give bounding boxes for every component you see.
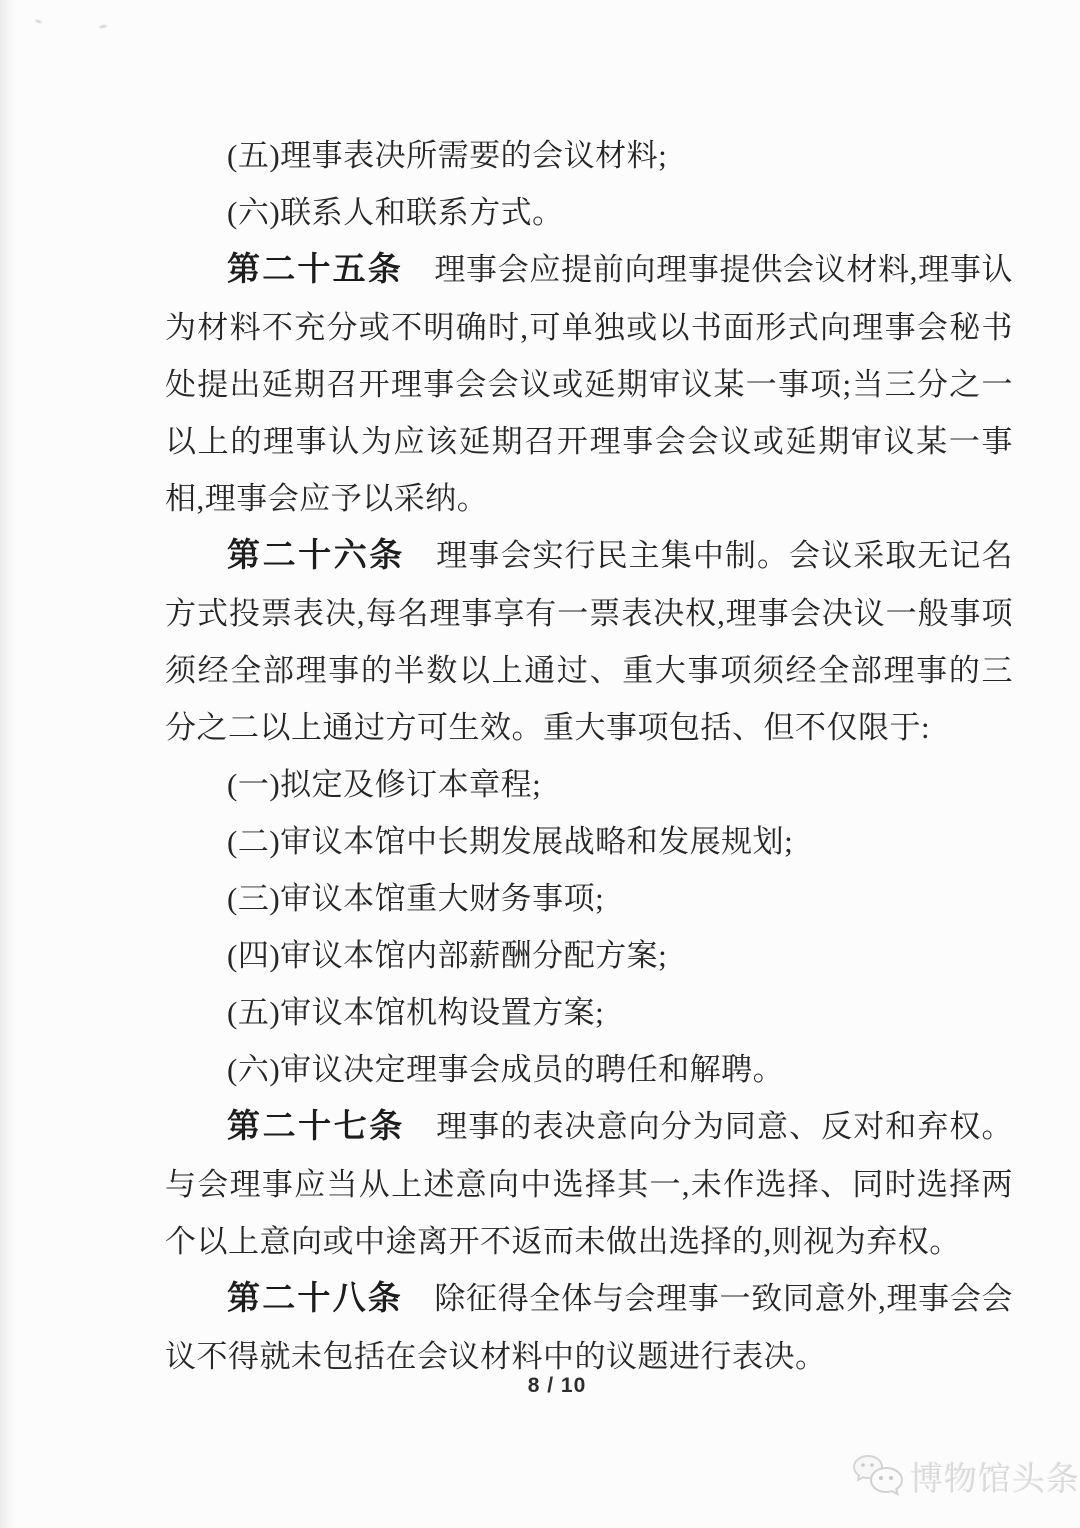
list-item: (五)审议本馆机构设置方案;	[165, 984, 1013, 1041]
wechat-logo-icon	[852, 1452, 904, 1500]
article-paragraph: 第二十五条理事会应提前向理事提供会议材料,理事认为材料不充分或不明确时,可单独或…	[165, 241, 1013, 527]
list-item: (二)审议本馆中长期发展战略和发展规划;	[165, 813, 1013, 870]
article-number: 第二十六条	[227, 538, 405, 574]
scan-edge-shadow	[0, 0, 16, 1528]
list-item: (六)审议决定理事会成员的聘任和解聘。	[165, 1041, 1013, 1098]
list-item: (一)拟定及修订本章程;	[165, 756, 1013, 813]
scan-speck	[35, 19, 43, 24]
watermark-text: 博物馆头条	[910, 1453, 1080, 1500]
watermark: 博物馆头条	[852, 1452, 1080, 1500]
list-item: (四)审议本馆内部薪酬分配方案;	[165, 927, 1013, 984]
list-item: (三)审议本馆重大财务事项;	[165, 870, 1013, 927]
article-paragraph: 第二十七条理事的表决意向分为同意、反对和弃权。与会理事应当从上述意向中选择其一,…	[165, 1098, 1013, 1270]
article-paragraph: 第二十六条理事会实行民主集中制。会议采取无记名方式投票表决,每名理事享有一票表决…	[165, 527, 1013, 756]
article-text: 理事会应提前向理事提供会议材料,理事认为材料不充分或不明确时,可单独或以书面形式…	[165, 252, 1013, 516]
article-number: 第二十五条	[227, 252, 403, 288]
page-number: 8 / 10	[497, 1374, 617, 1398]
list-item: (五)理事表决所需要的会议材料;	[165, 127, 1013, 184]
article-number: 第二十七条	[227, 1109, 405, 1145]
document-body: (五)理事表决所需要的会议材料; (六)联系人和联系方式。 第二十五条理事会应提…	[165, 127, 1013, 1385]
article-number: 第二十八条	[227, 1281, 403, 1317]
list-item: (六)联系人和联系方式。	[165, 184, 1013, 241]
scan-speck	[99, 24, 107, 29]
article-paragraph: 第二十八条除征得全体与会理事一致同意外,理事会会议不得就未包括在会议材料中的议题…	[165, 1270, 1013, 1385]
